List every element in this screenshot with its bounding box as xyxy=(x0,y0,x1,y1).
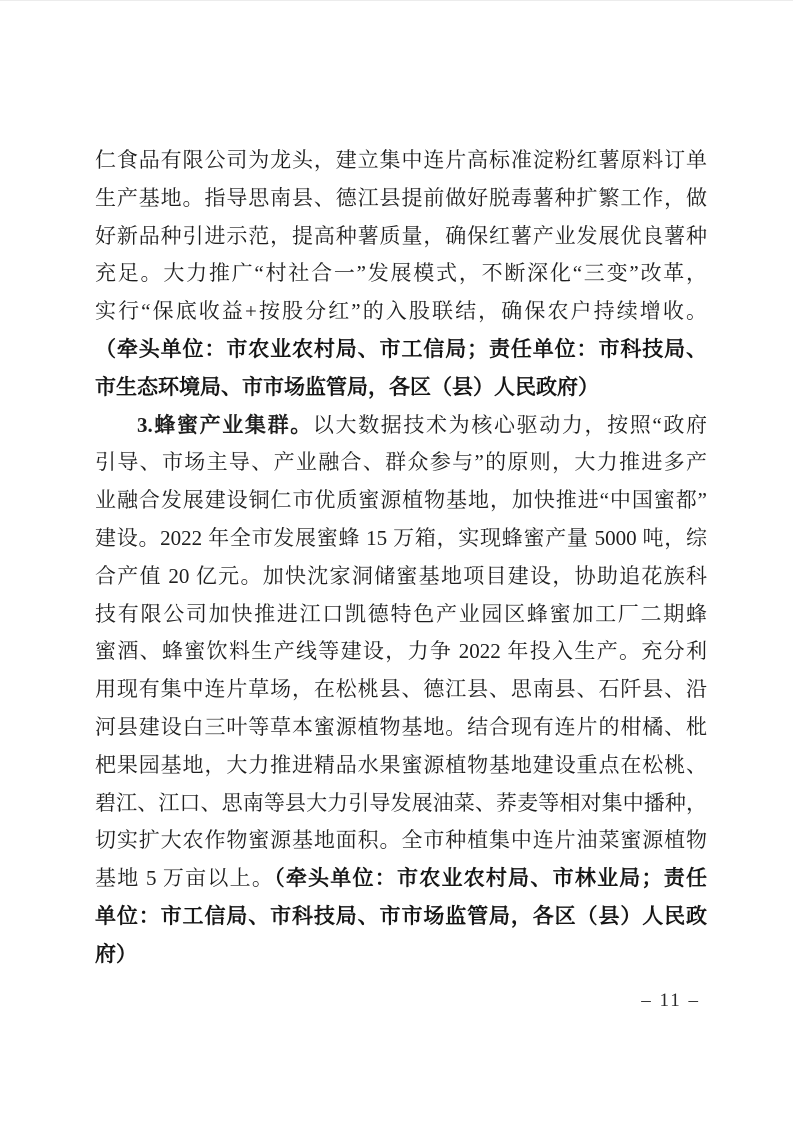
text-line: 基地 5 万亩以上。（牵头单位：市农业农村局、市林业局；责任 xyxy=(95,860,707,898)
text-segment: 3.蜂蜜产业集群。 xyxy=(137,413,313,437)
text-segment: 切实扩大农作物蜜源基地面积。全市种植集中连片油菜蜜源植物 xyxy=(95,828,707,852)
text-segment: 杷果园基地，大力推进精品水果蜜源植物基地建设重点在松桃、 xyxy=(95,753,707,777)
text-segment: 业融合发展建设铜仁市优质蜜源植物基地，加快推进“中国蜜都” xyxy=(95,488,707,512)
text-segment: 蜜酒、蜂蜜饮料生产线等建设，力争 2022 年投入生产。充分利 xyxy=(95,639,707,663)
text-line: 杷果园基地，大力推进精品水果蜜源植物基地建设重点在松桃、 xyxy=(95,747,707,785)
text-line: 引导、市场主导、产业融合、群众参与”的原则，大力推进多产 xyxy=(95,444,707,482)
text-segment: 合产值 20 亿元。加快沈家洞储蜜基地项目建设，协助追花族科 xyxy=(95,564,707,588)
text-line: 市生态环境局、市市场监管局，各区（县）人民政府） xyxy=(95,369,707,407)
text-segment: 碧江、江口、思南等县大力引导发展油菜、荞麦等相对集中播种， xyxy=(95,791,707,815)
text-line: 建设。2022 年全市发展蜜蜂 15 万箱，实现蜂蜜产量 5000 吨，综 xyxy=(95,520,707,558)
text-line: 蜜酒、蜂蜜饮料生产线等建设，力争 2022 年投入生产。充分利 xyxy=(95,633,707,671)
text-line: 河县建设白三叶等草本蜜源植物基地。结合现有连片的柑橘、枇 xyxy=(95,709,707,747)
text-line: 用现有集中连片草场，在松桃县、德江县、思南县、石阡县、沿 xyxy=(95,671,707,709)
text-segment: 单位：市工信局、市科技局、市市场监管局，各区（县）人民政 xyxy=(95,905,707,928)
text-line: 府） xyxy=(95,936,707,974)
text-line: 合产值 20 亿元。加快沈家洞储蜜基地项目建设，协助追花族科 xyxy=(95,558,707,596)
text-segment: 以大数据技术为核心驱动力，按照“政府 xyxy=(313,413,707,437)
text-line: 技有限公司加快推进江口凯德特色产业园区蜂蜜加工厂二期蜂 xyxy=(95,596,707,634)
text-line: 生产基地。指导思南县、德江县提前做好脱毒薯种扩繁工作，做 xyxy=(95,180,707,218)
text-line: （牵头单位：市农业农村局、市工信局；责任单位：市科技局、 xyxy=(95,331,707,369)
page-number: – 11 – xyxy=(0,989,700,1013)
text-segment: （牵头单位：市农业农村局、市林业局；责任 xyxy=(274,867,707,890)
text-segment: 基地 5 万亩以上。 xyxy=(95,866,274,890)
text-segment: （牵头单位：市农业农村局、市工信局；责任单位：市科技局、 xyxy=(95,338,707,361)
text-segment: 用现有集中连片草场，在松桃县、德江县、思南县、石阡县、沿 xyxy=(95,677,707,701)
text-line: 业融合发展建设铜仁市优质蜜源植物基地，加快推进“中国蜜都” xyxy=(95,482,707,520)
text-segment: 河县建设白三叶等草本蜜源植物基地。结合现有连片的柑橘、枇 xyxy=(95,715,707,739)
text-segment: 实行“保底收益+按股分红”的入股联结，确保农户持续增收。 xyxy=(95,299,707,323)
text-segment: 好新品种引进示范，提高种薯质量，确保红薯产业发展优良薯种 xyxy=(95,224,707,248)
text-block: 仁食品有限公司为龙头，建立集中连片高标准淀粉红薯原料订单生产基地。指导思南县、德… xyxy=(95,142,707,974)
text-segment: 府） xyxy=(95,943,137,966)
text-segment: 充足。大力推广“村社合一”发展模式，不断深化“三变”改革， xyxy=(95,261,707,285)
text-segment: 技有限公司加快推进江口凯德特色产业园区蜂蜜加工厂二期蜂 xyxy=(95,602,707,626)
text-line: 实行“保底收益+按股分红”的入股联结，确保农户持续增收。 xyxy=(95,293,707,331)
text-segment: 仁食品有限公司为龙头，建立集中连片高标准淀粉红薯原料订单 xyxy=(95,148,707,172)
text-line: 单位：市工信局、市科技局、市市场监管局，各区（县）人民政 xyxy=(95,898,707,936)
text-segment: 建设。2022 年全市发展蜜蜂 15 万箱，实现蜂蜜产量 5000 吨，综 xyxy=(95,526,707,550)
text-line: 3.蜂蜜产业集群。以大数据技术为核心驱动力，按照“政府 xyxy=(95,407,707,445)
text-line: 碧江、江口、思南等县大力引导发展油菜、荞麦等相对集中播种， xyxy=(95,785,707,823)
text-line: 仁食品有限公司为龙头，建立集中连片高标准淀粉红薯原料订单 xyxy=(95,142,707,180)
document-page: 仁食品有限公司为龙头，建立集中连片高标准淀粉红薯原料订单生产基地。指导思南县、德… xyxy=(0,0,793,1122)
text-line: 切实扩大农作物蜜源基地面积。全市种植集中连片油菜蜜源植物 xyxy=(95,822,707,860)
text-segment: 生产基地。指导思南县、德江县提前做好脱毒薯种扩繁工作，做 xyxy=(95,186,707,210)
text-segment: 市生态环境局、市市场监管局，各区（县）人民政府） xyxy=(95,376,599,399)
text-line: 充足。大力推广“村社合一”发展模式，不断深化“三变”改革， xyxy=(95,255,707,293)
text-line: 好新品种引进示范，提高种薯质量，确保红薯产业发展优良薯种 xyxy=(95,218,707,256)
text-segment: 引导、市场主导、产业融合、群众参与”的原则，大力推进多产 xyxy=(95,450,707,474)
